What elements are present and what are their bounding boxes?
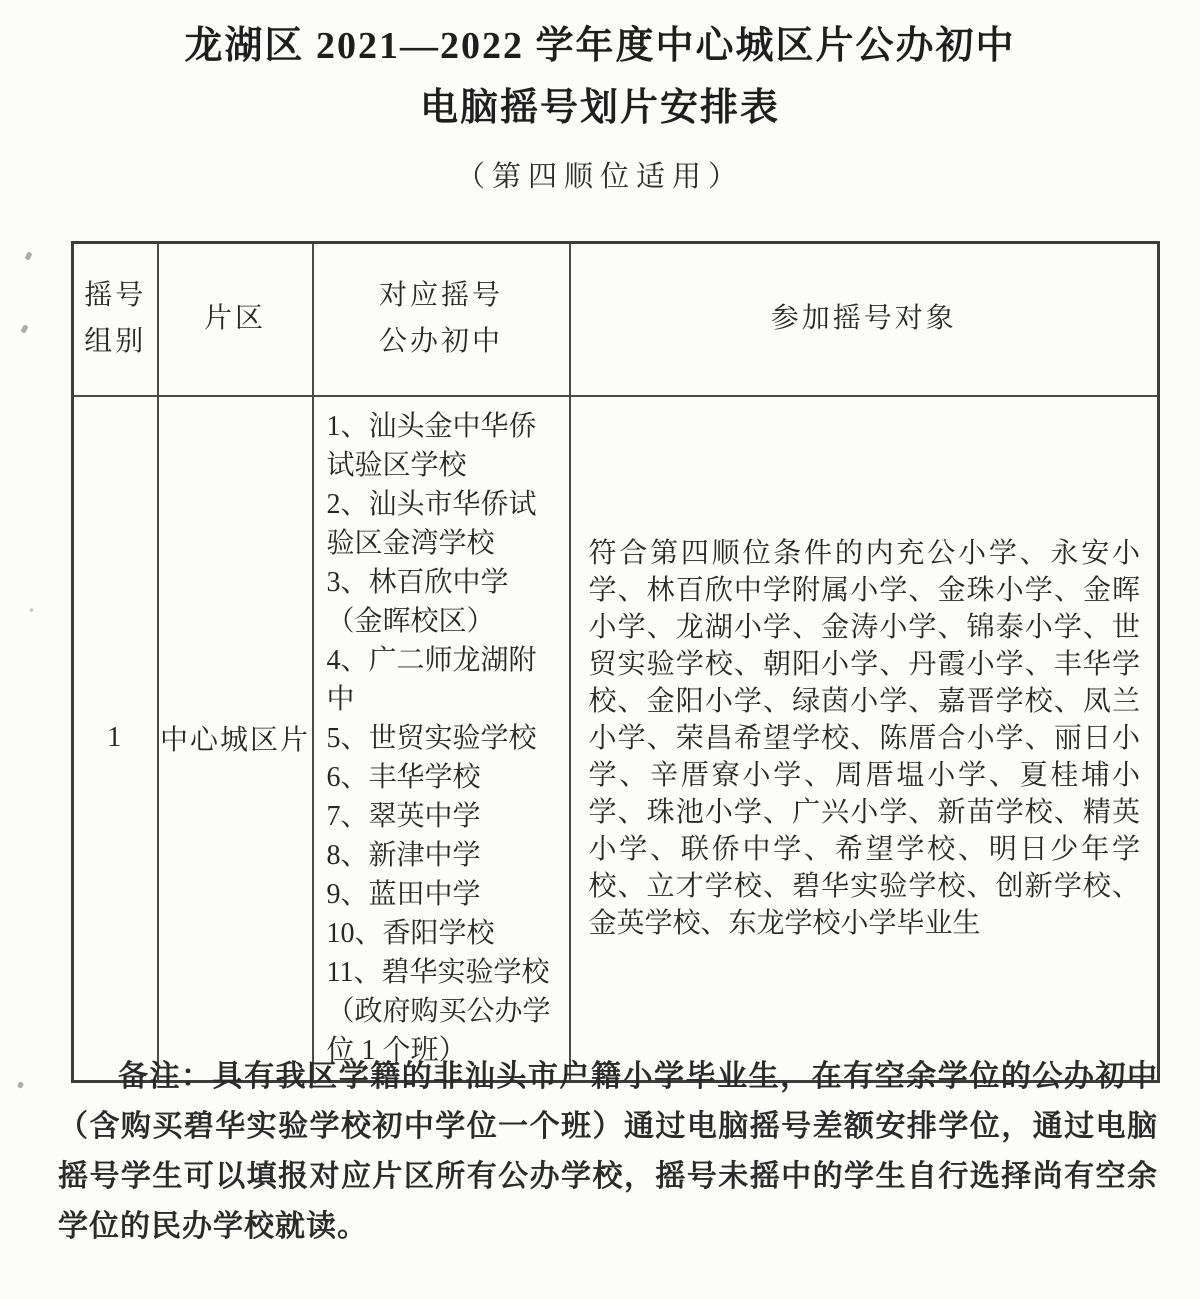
school-list-item: 9、蓝田中学	[327, 875, 561, 914]
scan-speck	[17, 1081, 24, 1089]
participants-cell: 符合第四顺位条件的内充公小学、永安小学、林百欣中学附属小学、金珠小学、金晖小学、…	[570, 396, 1159, 1082]
table-row: 1 中心城区片 1、汕头金中华侨试验区学校2、汕头市华侨试验区金湾学校3、林百欣…	[73, 396, 1159, 1082]
footnote: 备注：具有我区学籍的非汕头市户籍小学毕业生，在有空余学位的公办初中（含购买碧华实…	[58, 1052, 1158, 1252]
lottery-assignment-table: 摇号 组别 片区 对应摇号 公办初中 参加摇号对象 1 中心城区片 1、汕头金	[71, 241, 1160, 1083]
column-header-participants: 参加摇号对象	[570, 243, 1159, 396]
header-label-line: 对应摇号	[379, 280, 503, 311]
footnote-text: 具有我区学籍的非汕头市户籍小学毕业生，在有空余学位的公办初中（含购买碧华实验学校…	[58, 1060, 1158, 1243]
scanned-document-page: 龙湖区 2021—2022 学年度中心城区片公办初中 电脑摇号划片安排表 （第四…	[0, 0, 1200, 1299]
school-list-item: 1、汕头金中华侨试验区学校	[327, 407, 561, 485]
title-block: 龙湖区 2021—2022 学年度中心城区片公办初中 电脑摇号划片安排表 （第四…	[0, 0, 1200, 195]
header-label-line: 公办初中	[379, 326, 503, 357]
schools-cell: 1、汕头金中华侨试验区学校2、汕头市华侨试验区金湾学校3、林百欣中学（金晖校区）…	[313, 396, 570, 1082]
header-label-line: 摇号	[84, 280, 146, 311]
school-list-item: 10、香阳学校	[327, 914, 561, 953]
school-list-item: 4、广二师龙湖附中	[327, 641, 561, 719]
scan-speck	[20, 324, 28, 333]
table-header-row: 摇号 组别 片区 对应摇号 公办初中 参加摇号对象	[73, 243, 1159, 396]
school-list-item: 3、林百欣中学（金晖校区）	[327, 563, 561, 641]
school-list-item: 2、汕头市华侨试验区金湾学校	[327, 485, 561, 563]
scan-speck	[29, 608, 34, 613]
header-label-line: 参加摇号对象	[771, 303, 957, 334]
document-subtitle: （第四顺位适用）	[0, 154, 1200, 195]
footnote-label: 备注：	[118, 1060, 213, 1093]
header-label-line: 组别	[84, 326, 146, 357]
header-label-line: 片区	[204, 303, 266, 334]
school-list-item: 6、丰华学校	[327, 758, 561, 797]
column-header-schools: 对应摇号 公办初中	[313, 243, 570, 396]
document-title-line-1: 龙湖区 2021—2022 学年度中心城区片公办初中	[0, 26, 1200, 68]
scan-speck	[24, 251, 32, 260]
district-cell: 中心城区片	[158, 396, 313, 1082]
document-title-line-2: 电脑摇号划片安排表	[0, 88, 1200, 130]
school-list-item: 8、新津中学	[327, 836, 561, 875]
group-number-cell: 1	[73, 396, 158, 1082]
school-list-item: 7、翠英中学	[327, 797, 561, 836]
school-list-item: 5、世贸实验学校	[327, 719, 561, 758]
column-header-lottery-group: 摇号 组别	[73, 243, 158, 396]
column-header-district: 片区	[158, 243, 313, 396]
